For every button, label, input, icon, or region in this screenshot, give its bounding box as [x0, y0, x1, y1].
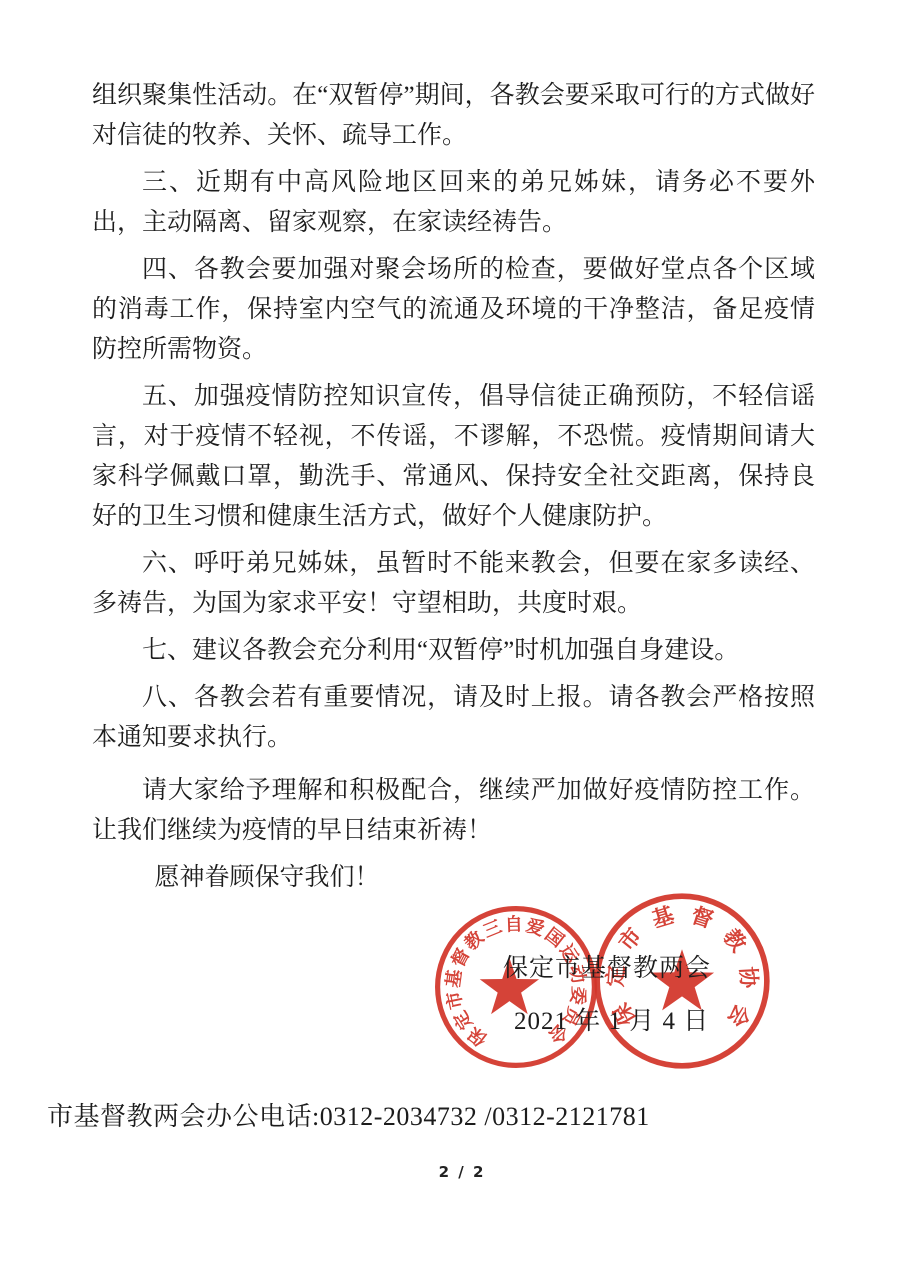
- signature-date: 2021 年 1 月 4 日: [514, 1001, 709, 1037]
- notice-paragraph-item-8: 八、各教会若有重要情况，请及时上报。请各教会严格按照本通知要求执行。: [92, 678, 815, 758]
- notice-paragraph-closing: 请大家给予理解和积极配合，继续严加做好疫情防控工作。让我们继续为疫情的早日结束祈…: [92, 771, 815, 851]
- three-self-committee-seal-stamp: 保定市基督教三自爱国运动委员会: [431, 899, 601, 1075]
- notice-paragraph-item-3: 三、近期有中高风险地区回来的弟兄姊妹，请务必不要外出，主动隔离、留家观察，在家读…: [92, 163, 815, 243]
- notice-body: 组织聚集性活动。在“双暂停”期间，各教会要采取可行的方式做好对信徒的牧养、关怀、…: [92, 76, 815, 898]
- notice-paragraph-continuation: 组织聚集性活动。在“双暂停”期间，各教会要采取可行的方式做好对信徒的牧养、关怀、…: [92, 76, 815, 156]
- office-phone-line: 市基督教两会办公电话:0312-2034732 /0312-2121781: [47, 1096, 650, 1133]
- notice-paragraph-item-7: 七、建议各教会充分利用“双暂停”时机加强自身建设。: [92, 631, 815, 671]
- notice-paragraph-item-5: 五、加强疫情防控知识宣传，倡导信徒正确预防，不轻信谣言，对于疫情不轻视，不传谣，…: [92, 377, 815, 537]
- notice-paragraph-item-4: 四、各教会要加强对聚会场所的检查，要做好堂点各个区域的消毒工作，保持室内空气的流…: [92, 250, 815, 370]
- signature-organization: 保定市基督教两会: [503, 948, 711, 984]
- notice-paragraph-item-6: 六、呼吁弟兄姊妹，虽暂时不能来教会，但要在家多读经、多祷告，为国为家求平安！守望…: [92, 544, 815, 624]
- page-indicator: 2 / 2: [12, 1163, 900, 1181]
- document-page: 组织聚集性活动。在“双暂停”期间，各教会要采取可行的方式做好对信徒的牧养、关怀、…: [0, 0, 900, 1274]
